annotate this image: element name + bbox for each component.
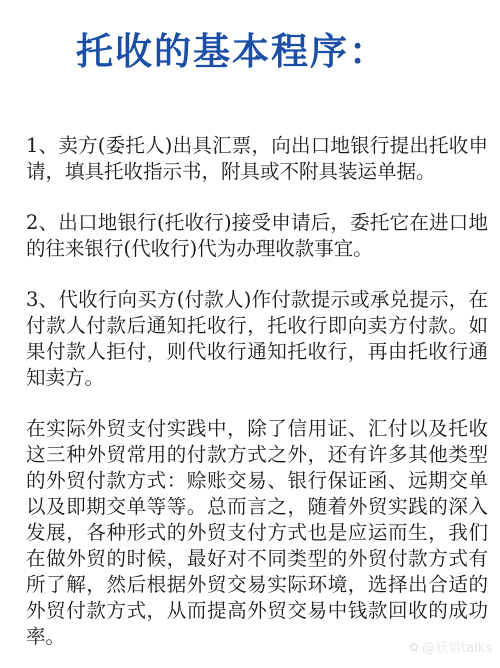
baidu-paw-icon: ✿ [409,640,419,654]
article-body: 1、卖方(委托人)出具汇票，向出口地银行提出托收申请，填具托收指示书，附具或不附… [26,133,488,668]
step-2-paragraph: 2、出口地银行(托收行)接受申请后，委托它在进口地的往来银行(代收行)代为办理收… [26,210,488,262]
page-title: 托收的基本程序： [76,28,388,76]
watermark-text: @妖姐talks [422,637,492,656]
step-3-paragraph: 3、代收行向买方(付款人)作付款提示或承兑提示，在付款人付款后通知托收行，托收行… [26,287,488,391]
step-1-paragraph: 1、卖方(委托人)出具汇票，向出口地银行提出托收申请，填具托收指示书，附具或不附… [26,133,488,185]
watermark: ✿ @妖姐talks [409,637,492,656]
summary-paragraph: 在实际外贸支付实践中，除了信用证、汇付以及托收这三种外贸常用的付款方式之外，还有… [26,416,488,650]
